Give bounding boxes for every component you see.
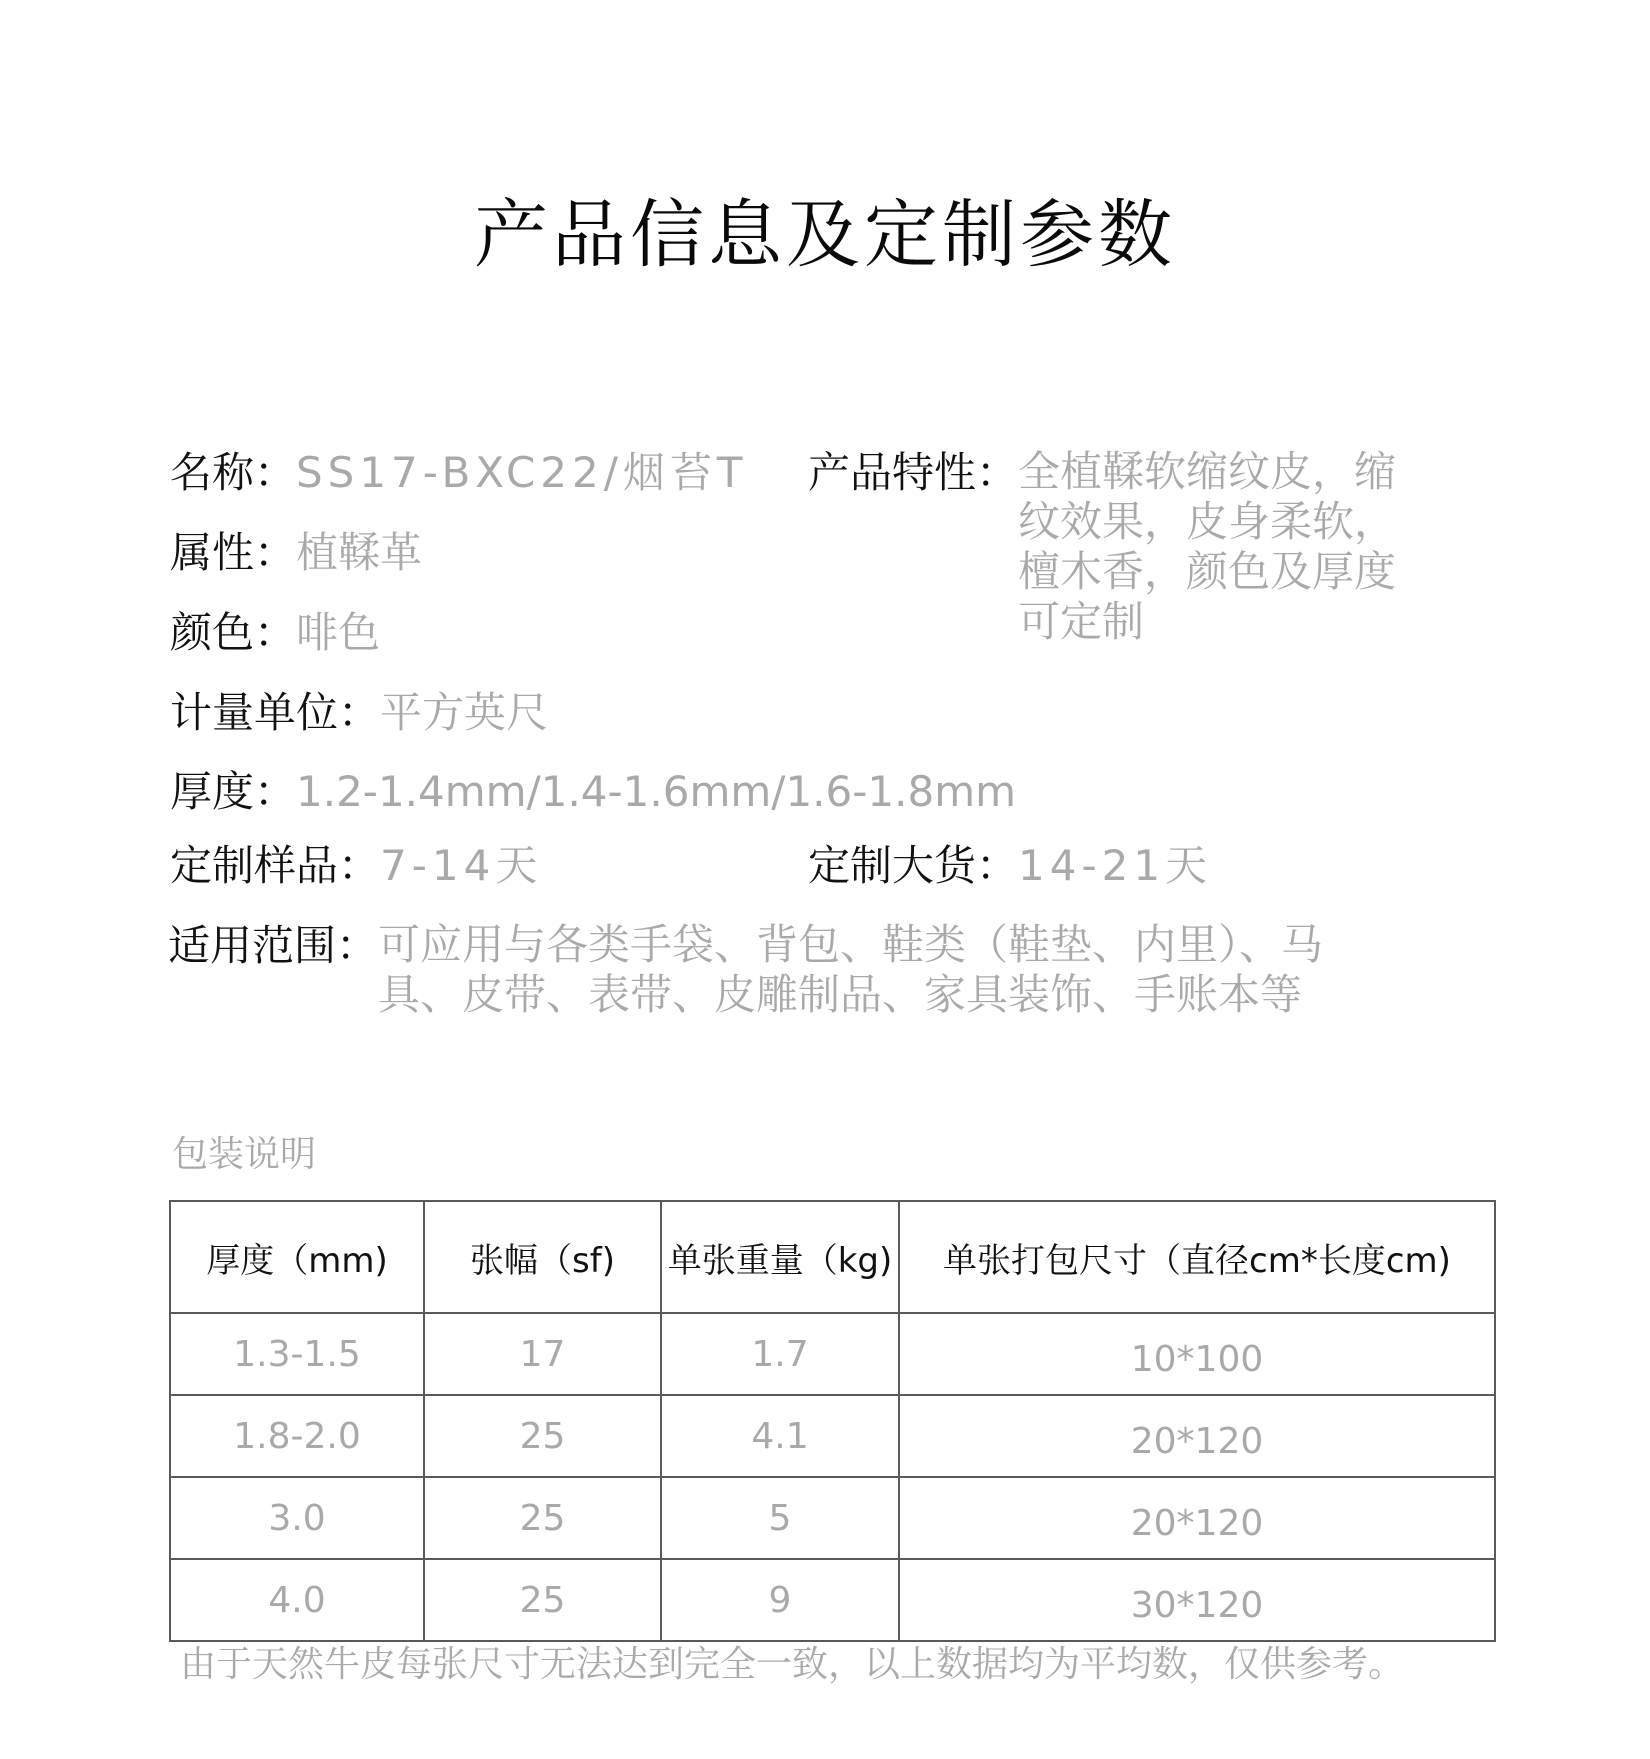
page-title: 产品信息及定制参数 xyxy=(0,190,1650,280)
spec-features-line: 纹效果，皮身柔软， xyxy=(1018,497,1396,547)
spec-name-value: SS17-BXC22/烟苔T xyxy=(296,447,748,499)
spec-usage-line: 具、皮带、表带、皮雕制品、家具装饰、手账本等 xyxy=(378,970,1323,1020)
packaging-label: 包装说明 xyxy=(172,1132,316,1178)
cell-weight: 4.1 xyxy=(661,1395,899,1477)
spec-features-line: 全植鞣软缩纹皮，缩 xyxy=(1018,447,1396,497)
cell-thickness: 4.0 xyxy=(170,1559,424,1641)
table-row: 4.0 25 9 30*120 xyxy=(170,1559,1495,1641)
cell-weight: 9 xyxy=(661,1559,899,1641)
cell-thickness: 3.0 xyxy=(170,1477,424,1559)
cell-pack-size: 30*120 xyxy=(899,1559,1495,1641)
cell-pack-size: 10*100 xyxy=(899,1313,1495,1395)
spec-sample: 定制样品： 7-14天 xyxy=(170,840,542,892)
cell-area: 25 xyxy=(424,1559,661,1641)
header-weight: 单张重量（kg) xyxy=(661,1201,899,1313)
spec-color-label: 颜色： xyxy=(170,607,296,659)
header-thickness: 厚度（mm) xyxy=(170,1201,424,1313)
table-header-row: 厚度（mm) 张幅（sf) 单张重量（kg) 单张打包尺寸（直径cm*长度cm) xyxy=(170,1201,1495,1313)
spec-unit: 计量单位： 平方英尺 xyxy=(170,687,548,739)
packaging-table: 厚度（mm) 张幅（sf) 单张重量（kg) 单张打包尺寸（直径cm*长度cm)… xyxy=(169,1200,1496,1642)
cell-pack-size: 20*120 xyxy=(899,1477,1495,1559)
spec-features-value: 全植鞣软缩纹皮，缩 纹效果，皮身柔软， 檀木香，颜色及厚度 可定制 xyxy=(1018,447,1396,647)
spec-features-line: 可定制 xyxy=(1018,597,1396,647)
spec-thickness: 厚度： 1.2-1.4mm/1.4-1.6mm/1.6-1.8mm xyxy=(170,766,1016,818)
table-row: 1.3-1.5 17 1.7 10*100 xyxy=(170,1313,1495,1395)
spec-features-line: 檀木香，颜色及厚度 xyxy=(1018,547,1396,597)
cell-area: 17 xyxy=(424,1313,661,1395)
cell-weight: 5 xyxy=(661,1477,899,1559)
spec-usage-value: 可应用与各类手袋、背包、鞋类（鞋垫、内里）、马 具、皮带、表带、皮雕制品、家具装… xyxy=(378,920,1323,1020)
spec-bulk-label: 定制大货： xyxy=(808,840,1018,892)
cell-pack-size: 20*120 xyxy=(899,1395,1495,1477)
spec-name-label: 名称： xyxy=(170,447,296,499)
spec-thickness-value: 1.2-1.4mm/1.4-1.6mm/1.6-1.8mm xyxy=(296,766,1016,818)
spec-unit-label: 计量单位： xyxy=(170,687,380,739)
spec-features: 产品特性： 全植鞣软缩纹皮，缩 纹效果，皮身柔软， 檀木香，颜色及厚度 可定制 xyxy=(808,447,1396,647)
spec-sample-value: 7-14天 xyxy=(380,840,542,892)
spec-features-label: 产品特性： xyxy=(808,447,1018,499)
spec-attribute-value: 植鞣革 xyxy=(296,527,422,579)
table-row: 3.0 25 5 20*120 xyxy=(170,1477,1495,1559)
spec-bulk: 定制大货： 14-21天 xyxy=(808,840,1212,892)
spec-sample-label: 定制样品： xyxy=(170,840,380,892)
cell-thickness: 1.8-2.0 xyxy=(170,1395,424,1477)
spec-unit-value: 平方英尺 xyxy=(380,687,548,739)
spec-name: 名称： SS17-BXC22/烟苔T xyxy=(170,447,748,499)
spec-attribute: 属性： 植鞣革 xyxy=(170,527,422,579)
cell-area: 25 xyxy=(424,1395,661,1477)
cell-area: 25 xyxy=(424,1477,661,1559)
spec-attribute-label: 属性： xyxy=(170,527,296,579)
footnote: 由于天然牛皮每张尺寸无法达到完全一致，以上数据均为平均数，仅供参考。 xyxy=(180,1642,1404,1688)
header-pack-size: 单张打包尺寸（直径cm*长度cm) xyxy=(899,1201,1495,1313)
cell-thickness: 1.3-1.5 xyxy=(170,1313,424,1395)
cell-weight: 1.7 xyxy=(661,1313,899,1395)
spec-color-value: 啡色 xyxy=(296,607,380,659)
spec-usage-line: 可应用与各类手袋、背包、鞋类（鞋垫、内里）、马 xyxy=(378,920,1323,970)
spec-usage-label: 适用范围： xyxy=(168,920,378,972)
spec-bulk-value: 14-21天 xyxy=(1018,840,1212,892)
spec-thickness-label: 厚度： xyxy=(170,766,296,818)
spec-color: 颜色： 啡色 xyxy=(170,607,380,659)
header-area: 张幅（sf) xyxy=(424,1201,661,1313)
table-row: 1.8-2.0 25 4.1 20*120 xyxy=(170,1395,1495,1477)
spec-usage: 适用范围： 可应用与各类手袋、背包、鞋类（鞋垫、内里）、马 具、皮带、表带、皮雕… xyxy=(168,920,1323,1020)
